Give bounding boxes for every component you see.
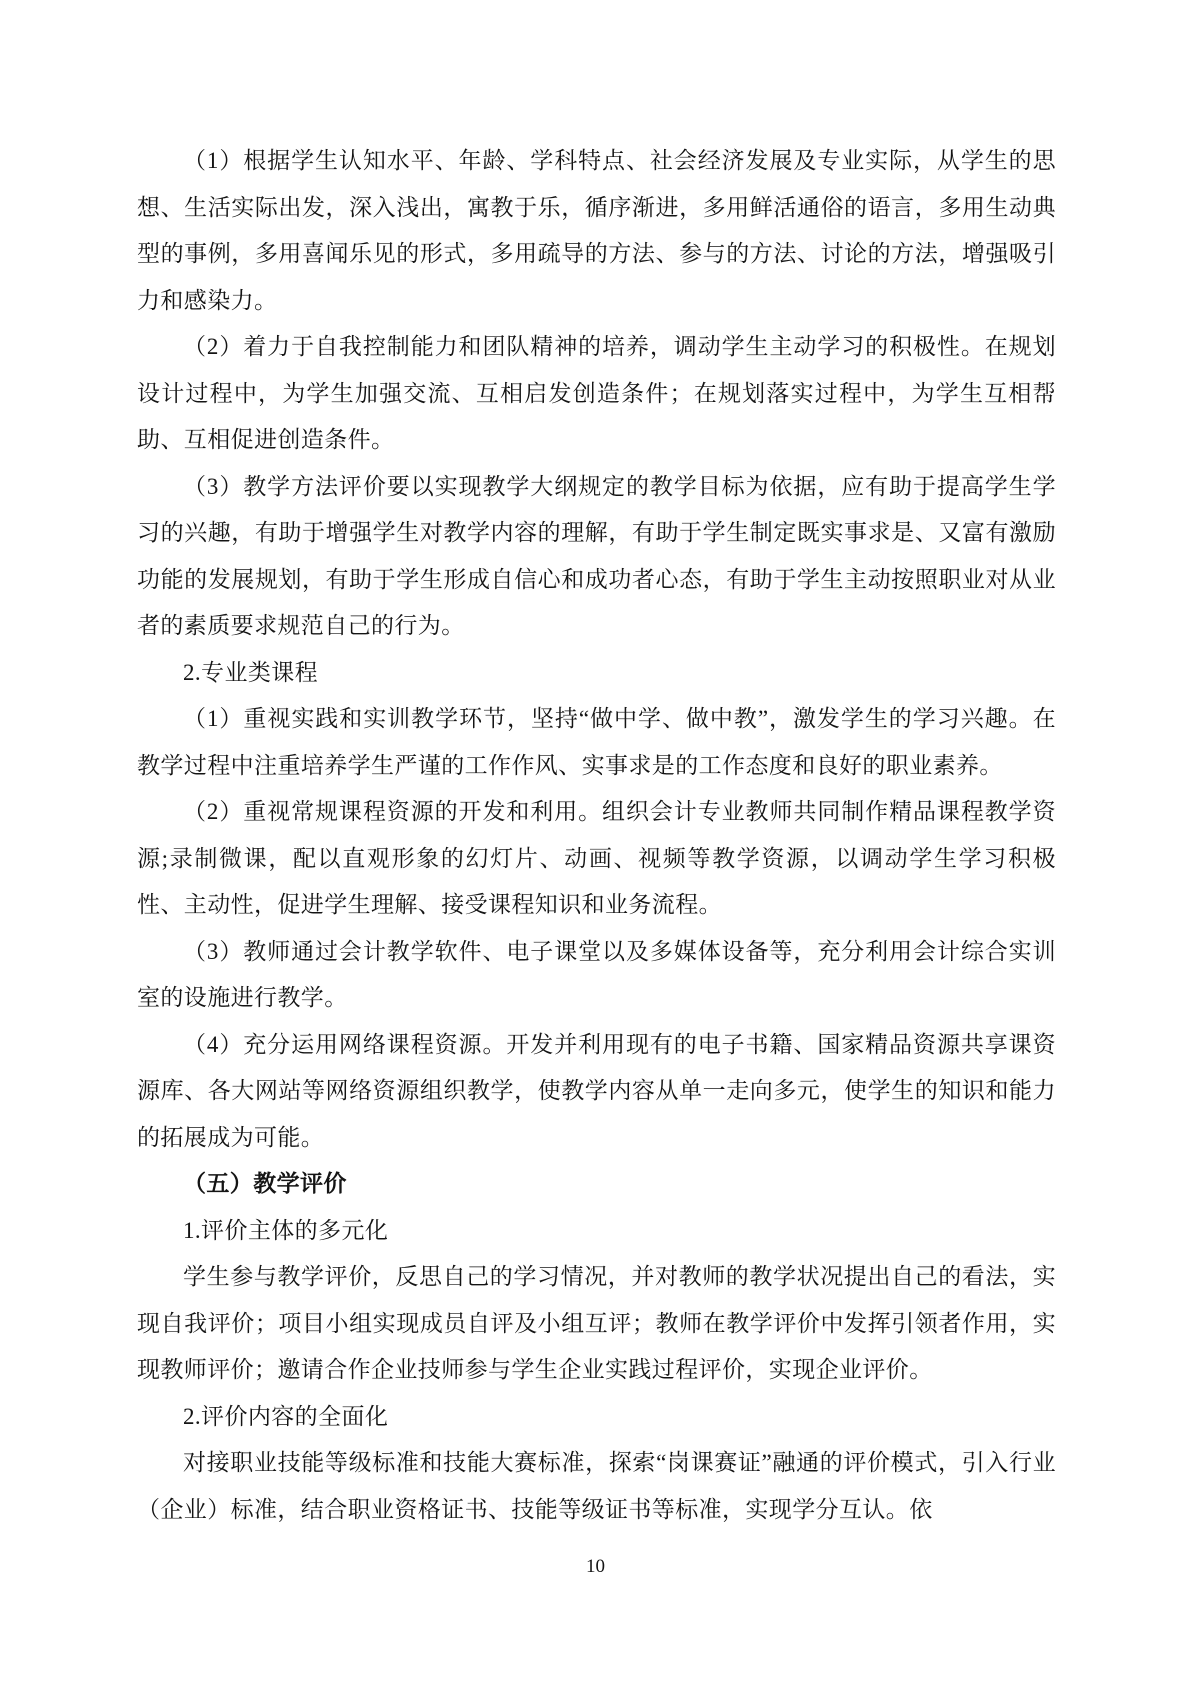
document-page: （1）根据学生认知水平、年龄、学科特点、社会经济发展及专业实际，从学生的思想、生… — [0, 0, 1191, 1684]
paragraph: 2.评价内容的全面化 — [137, 1394, 1056, 1441]
page-number: 10 — [586, 1556, 605, 1577]
paragraph: （3）教师通过会计教学软件、电子课堂以及多媒体设备等，充分利用会计综合实训室的设… — [137, 929, 1056, 1022]
section-heading: （五）教学评价 — [137, 1161, 1056, 1208]
paragraph: （2）重视常规课程资源的开发和利用。组织会计专业教师共同制作精品课程教学资源;录… — [137, 789, 1056, 929]
paragraph: 2.专业类课程 — [137, 650, 1056, 697]
paragraph: （3）教学方法评价要以实现教学大纲规定的教学目标为依据，应有助于提高学生学习的兴… — [137, 464, 1056, 650]
paragraph: （2）着力于自我控制能力和团队精神的培养，调动学生主动学习的积极性。在规划设计过… — [137, 324, 1056, 464]
paragraph: 学生参与教学评价，反思自己的学习情况，并对教师的教学状况提出自己的看法，实现自我… — [137, 1254, 1056, 1394]
document-body: （1）根据学生认知水平、年龄、学科特点、社会经济发展及专业实际，从学生的思想、生… — [137, 138, 1056, 1533]
paragraph: （4）充分运用网络课程资源。开发并利用现有的电子书籍、国家精品资源共享课资源库、… — [137, 1022, 1056, 1162]
paragraph: 对接职业技能等级标准和技能大赛标准，探索“岗课赛证”融通的评价模式，引入行业（企… — [137, 1440, 1056, 1533]
paragraph: （1）重视实践和实训教学环节，坚持“做中学、做中教”，激发学生的学习兴趣。在教学… — [137, 696, 1056, 789]
page-footer: 10 — [0, 1556, 1191, 1578]
paragraph: （1）根据学生认知水平、年龄、学科特点、社会经济发展及专业实际，从学生的思想、生… — [137, 138, 1056, 324]
paragraph: 1.评价主体的多元化 — [137, 1208, 1056, 1255]
